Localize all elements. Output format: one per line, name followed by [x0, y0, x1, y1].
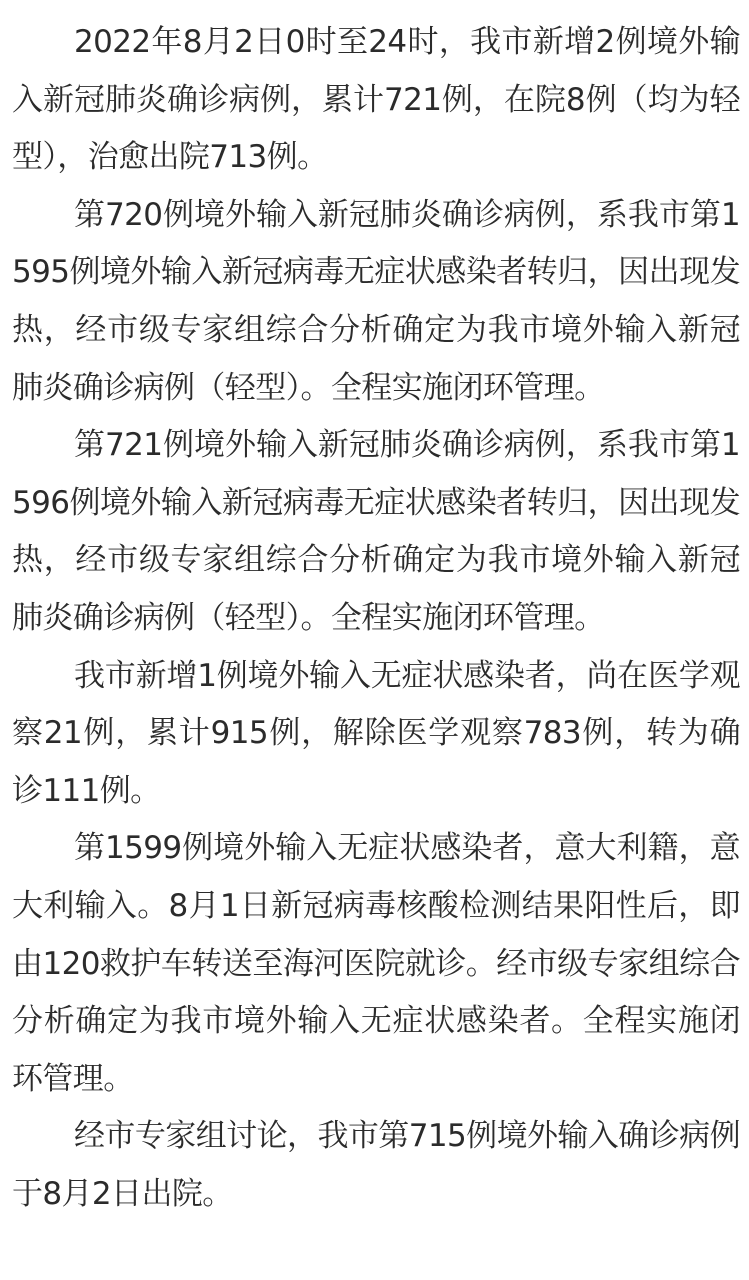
- paragraph-asymptomatic-summary: 我市新增1例境外输入无症状感染者，尚在医学观察21例，累计915例，解除医学观察…: [12, 648, 740, 821]
- paragraph-discharge-715: 经市专家组讨论，我市第715例境外输入确诊病例于8月2日出院。: [12, 1108, 740, 1223]
- paragraph-daily-summary: 2022年8月2日0时至24时，我市新增2例境外输入新冠肺炎确诊病例，累计721…: [12, 14, 740, 187]
- paragraph-case-720: 第720例境外输入新冠肺炎确诊病例，系我市第1595例境外输入新冠病毒无症状感染…: [12, 187, 740, 417]
- paragraph-asymptomatic-1599: 第1599例境外输入无症状感染者，意大利籍，意大利输入。8月1日新冠病毒核酸检测…: [12, 820, 740, 1108]
- paragraph-case-721: 第721例境外输入新冠肺炎确诊病例，系我市第1596例境外输入新冠病毒无症状感染…: [12, 417, 740, 647]
- article-body: 2022年8月2日0时至24时，我市新增2例境外输入新冠肺炎确诊病例，累计721…: [12, 14, 740, 1223]
